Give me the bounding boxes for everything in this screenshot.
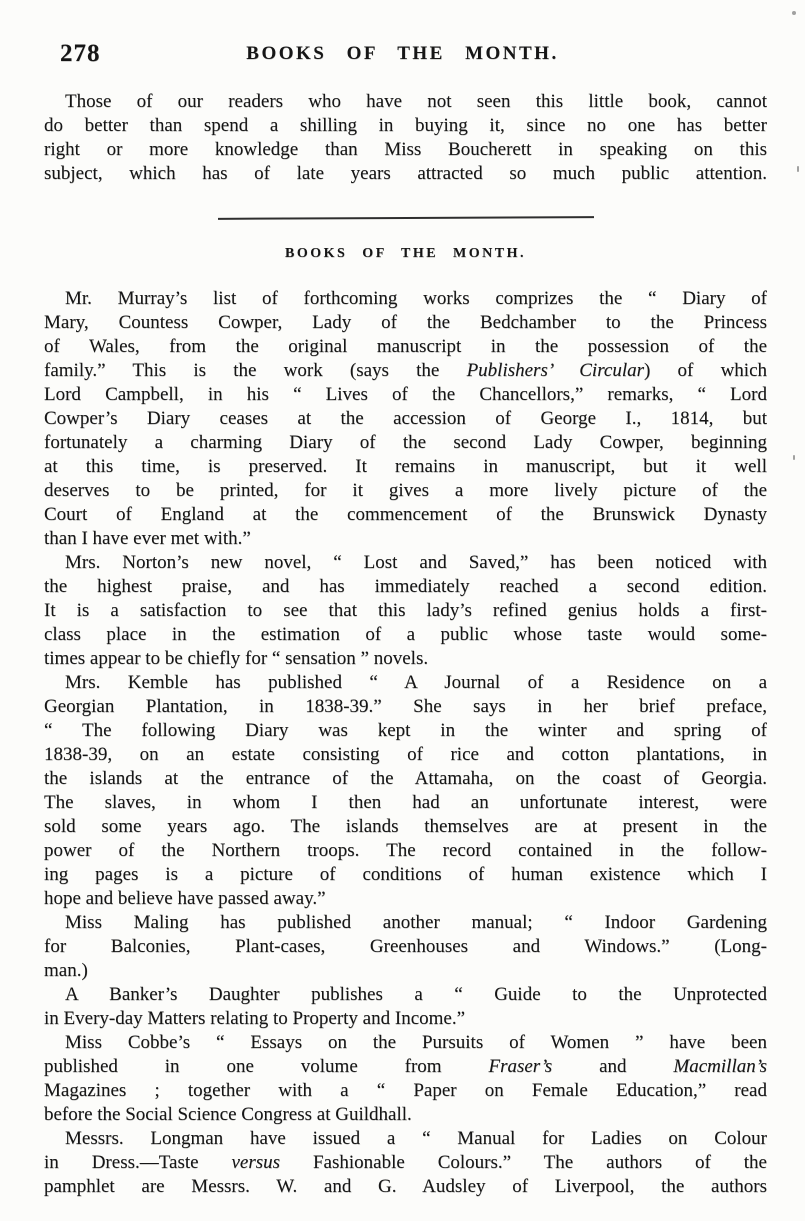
text-line: pamphlet are Messrs. W. and G. Audsley o… [44,1175,767,1199]
text-line: for Balconies, Plant-cases, Greenhouses … [44,935,767,959]
text-line: than I have ever met with.” [44,527,767,551]
text-line: deserves to be printed, for it gives a m… [44,479,767,503]
text-line: before the Social Science Congress at Gu… [44,1103,767,1127]
text-line: power of the Northern troops. The record… [44,839,767,863]
text-line: class place in the estimation of a publi… [44,623,767,647]
text-line: Mr. Murray’s list of forthcoming works c… [44,287,767,311]
section-heading: BOOKS OF THE MONTH. [44,246,767,262]
paragraph-boucherett-note: Those of our readers who have not seen t… [44,90,767,186]
text-line: ing pages is a picture of conditions of … [44,863,767,887]
text-line: in Dress.—Taste versus Fashionable Colou… [44,1151,767,1175]
text-line: at this time, is preserved. It remains i… [44,455,767,479]
text-line: of Wales, from the original manuscript i… [44,335,767,359]
text-line: Mary, Countess Cowper, Lady of the Bedch… [44,311,767,335]
text-line: right or more knowledge than Miss Bouche… [44,138,767,162]
text-line: Messrs. Longman have issued a “ Manual f… [44,1127,767,1151]
scanned-book-page: 278 BOOKS OF THE MONTH. Those of our rea… [0,0,805,1221]
text-line: in Every-day Matters relating to Propert… [44,1007,767,1031]
text-line: the highest praise, and has immediately … [44,575,767,599]
page-body: Those of our readers who have not seen t… [44,90,767,1199]
paragraph-cobbe-essays: Miss Cobbe’s “ Essays on the Pursuits of… [44,1031,767,1127]
page-number: 278 [60,40,101,68]
text-line: hope and believe have passed away.” [44,887,767,911]
scan-speck [793,455,795,460]
intro-section: Those of our readers who have not seen t… [44,90,767,186]
text-line: sold some years ago. The islands themsel… [44,815,767,839]
text-line: do better than spend a shilling in buyin… [44,114,767,138]
scan-speck [792,11,796,15]
text-line: subject, which has of late years attract… [44,162,767,186]
page-header: 278 BOOKS OF THE MONTH. [0,40,805,68]
text-line: Miss Cobbe’s “ Essays on the Pursuits of… [44,1031,767,1055]
books-of-the-month-section: Mr. Murray’s list of forthcoming works c… [44,287,767,1199]
text-line: “ The following Diary was kept in the wi… [44,719,767,743]
text-line: family.” This is the work (says the Publ… [44,359,767,383]
text-line: published in one volume from Fraser’s an… [44,1055,767,1079]
text-line: Cowper’s Diary ceases at the accession o… [44,407,767,431]
paragraph-longman-colour-in-dress: Messrs. Longman have issued a “ Manual f… [44,1127,767,1199]
paragraph-kemble-georgian-plantation: Mrs. Kemble has published “ A Journal of… [44,671,767,911]
text-line: man.) [44,959,767,983]
text-line: Mrs. Norton’s new novel, “ Lost and Save… [44,551,767,575]
text-line: A Banker’s Daughter publishes a “ Guide … [44,983,767,1007]
running-title: BOOKS OF THE MONTH. [0,40,805,65]
paragraph-bankers-daughter-guide: A Banker’s Daughter publishes a “ Guide … [44,983,767,1031]
text-line: Miss Maling has published another manual… [44,911,767,935]
text-line: Georgian Plantation, in 1838-39.” She sa… [44,695,767,719]
text-line: Mrs. Kemble has published “ A Journal of… [44,671,767,695]
text-line: Court of England at the commencement of … [44,503,767,527]
text-line: 1838-39, on an estate consisting of rice… [44,743,767,767]
text-line: Lord Campbell, in his “ Lives of the Cha… [44,383,767,407]
paragraph-maling-indoor-gardening: Miss Maling has published another manual… [44,911,767,983]
scan-speck [797,166,799,172]
text-line: fortunately a charming Diary of the seco… [44,431,767,455]
section-divider [217,216,593,220]
text-line: Those of our readers who have not seen t… [44,90,767,114]
text-line: times appear to be chiefly for “ sensati… [44,647,767,671]
text-line: the islands at the entrance of the Attam… [44,767,767,791]
paragraph-norton-lost-and-saved: Mrs. Norton’s new novel, “ Lost and Save… [44,551,767,671]
text-line: It is a satisfaction to see that this la… [44,599,767,623]
text-line: The slaves, in whom I then had an unfort… [44,791,767,815]
paragraph-murray-cowper-diary: Mr. Murray’s list of forthcoming works c… [44,287,767,551]
text-line: Magazines ; together with a “ Paper on F… [44,1079,767,1103]
